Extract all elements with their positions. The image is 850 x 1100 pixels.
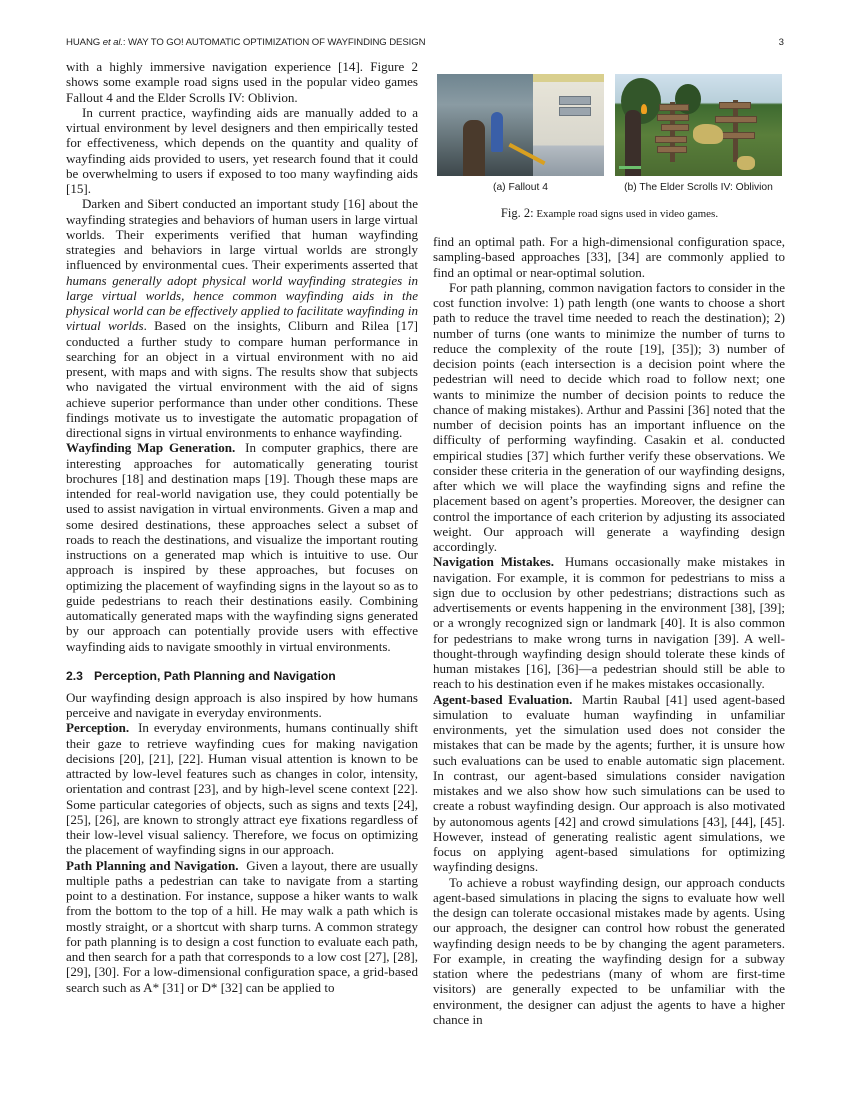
paragraph-perception: Perception. In everyday environments, hu… (66, 720, 418, 857)
right-column: find an optimal path. For a high-dimensi… (433, 234, 785, 1027)
running-title: HUANG et al.: WAY TO GO! AUTOMATIC OPTIM… (66, 37, 425, 48)
road-sign-icon (559, 107, 591, 116)
section-number: 2.3 (66, 669, 94, 684)
runin-heading: Wayfinding Map Generation. (66, 440, 235, 455)
signpost-icon (659, 104, 689, 111)
oblivion-image (615, 74, 782, 176)
subfigure-caption: (a) Fallout 4 (437, 181, 604, 194)
page-number: 3 (779, 37, 784, 48)
fallout-4-image (437, 74, 604, 176)
paragraph: find an optimal path. For a high-dimensi… (433, 234, 785, 280)
road-sign-icon (559, 96, 591, 105)
paragraph-agent-evaluation: Agent-based Evaluation. Martin Raubal [4… (433, 692, 785, 875)
figure-label: Fig. 2: (501, 206, 534, 220)
paragraph: For path planning, common navigation fac… (433, 280, 785, 555)
paragraph: Our wayfinding design approach is also i… (66, 690, 418, 721)
paragraph-navigation-mistakes: Navigation Mistakes. Humans occasionally… (433, 554, 785, 691)
runin-heading: Perception. (66, 720, 129, 735)
runin-heading: Navigation Mistakes. (433, 554, 554, 569)
left-column: with a highly immersive navigation exper… (66, 59, 418, 995)
runin-heading: Path Planning and Navigation. (66, 858, 238, 873)
figure-2: (a) Fallout 4 (b) The Elder Scrolls IV: … (437, 74, 782, 221)
paragraph: In current practice, wayfinding aids are… (66, 105, 418, 197)
paragraph-map-generation: Wayfinding Map Generation. In computer g… (66, 440, 418, 654)
subfigure-b: (b) The Elder Scrolls IV: Oblivion (615, 74, 782, 194)
figure-caption: Fig. 2: Example road signs used in video… (437, 206, 782, 221)
paragraph: with a highly immersive navigation exper… (66, 59, 418, 105)
section-heading: 2.3Perception, Path Planning and Navigat… (66, 669, 418, 684)
running-header: HUANG et al.: WAY TO GO! AUTOMATIC OPTIM… (66, 37, 784, 51)
paragraph: Darken and Sibert conducted an important… (66, 196, 418, 440)
paragraph: To achieve a robust wayfinding design, o… (433, 875, 785, 1028)
paragraph-path-planning: Path Planning and Navigation. Given a la… (66, 858, 418, 995)
et-al: et al. (103, 37, 123, 48)
subfigure-a: (a) Fallout 4 (437, 74, 604, 194)
figure-images: (a) Fallout 4 (b) The Elder Scrolls IV: … (437, 74, 782, 194)
runin-heading: Agent-based Evaluation. (433, 692, 572, 707)
section-title: Perception, Path Planning and Navigation (94, 669, 336, 683)
subfigure-caption: (b) The Elder Scrolls IV: Oblivion (615, 181, 782, 194)
